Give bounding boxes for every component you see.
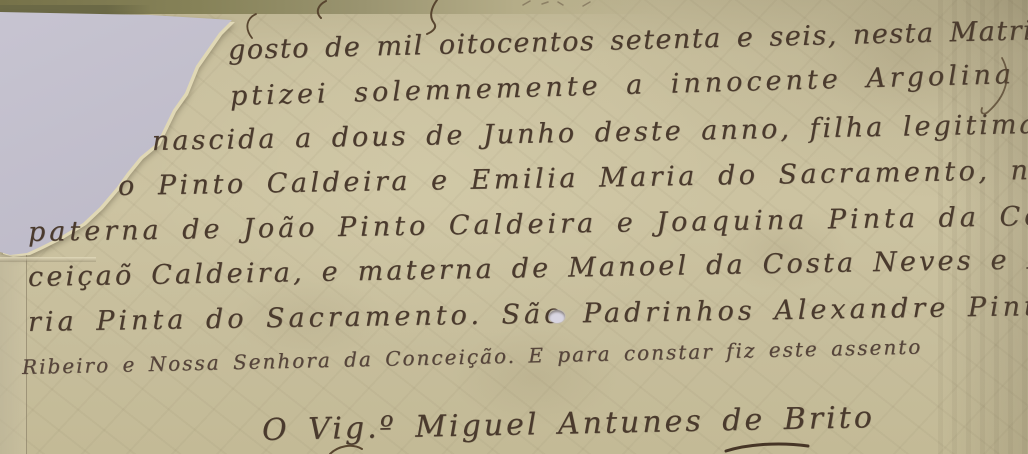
- paper-hole: [549, 310, 565, 323]
- document-photo: gosto de mil oitocentos setenta e seis, …: [0, 0, 1028, 454]
- right-edge-shadow: [938, 0, 1028, 454]
- photo-top-edge-dark-block: [0, 5, 152, 17]
